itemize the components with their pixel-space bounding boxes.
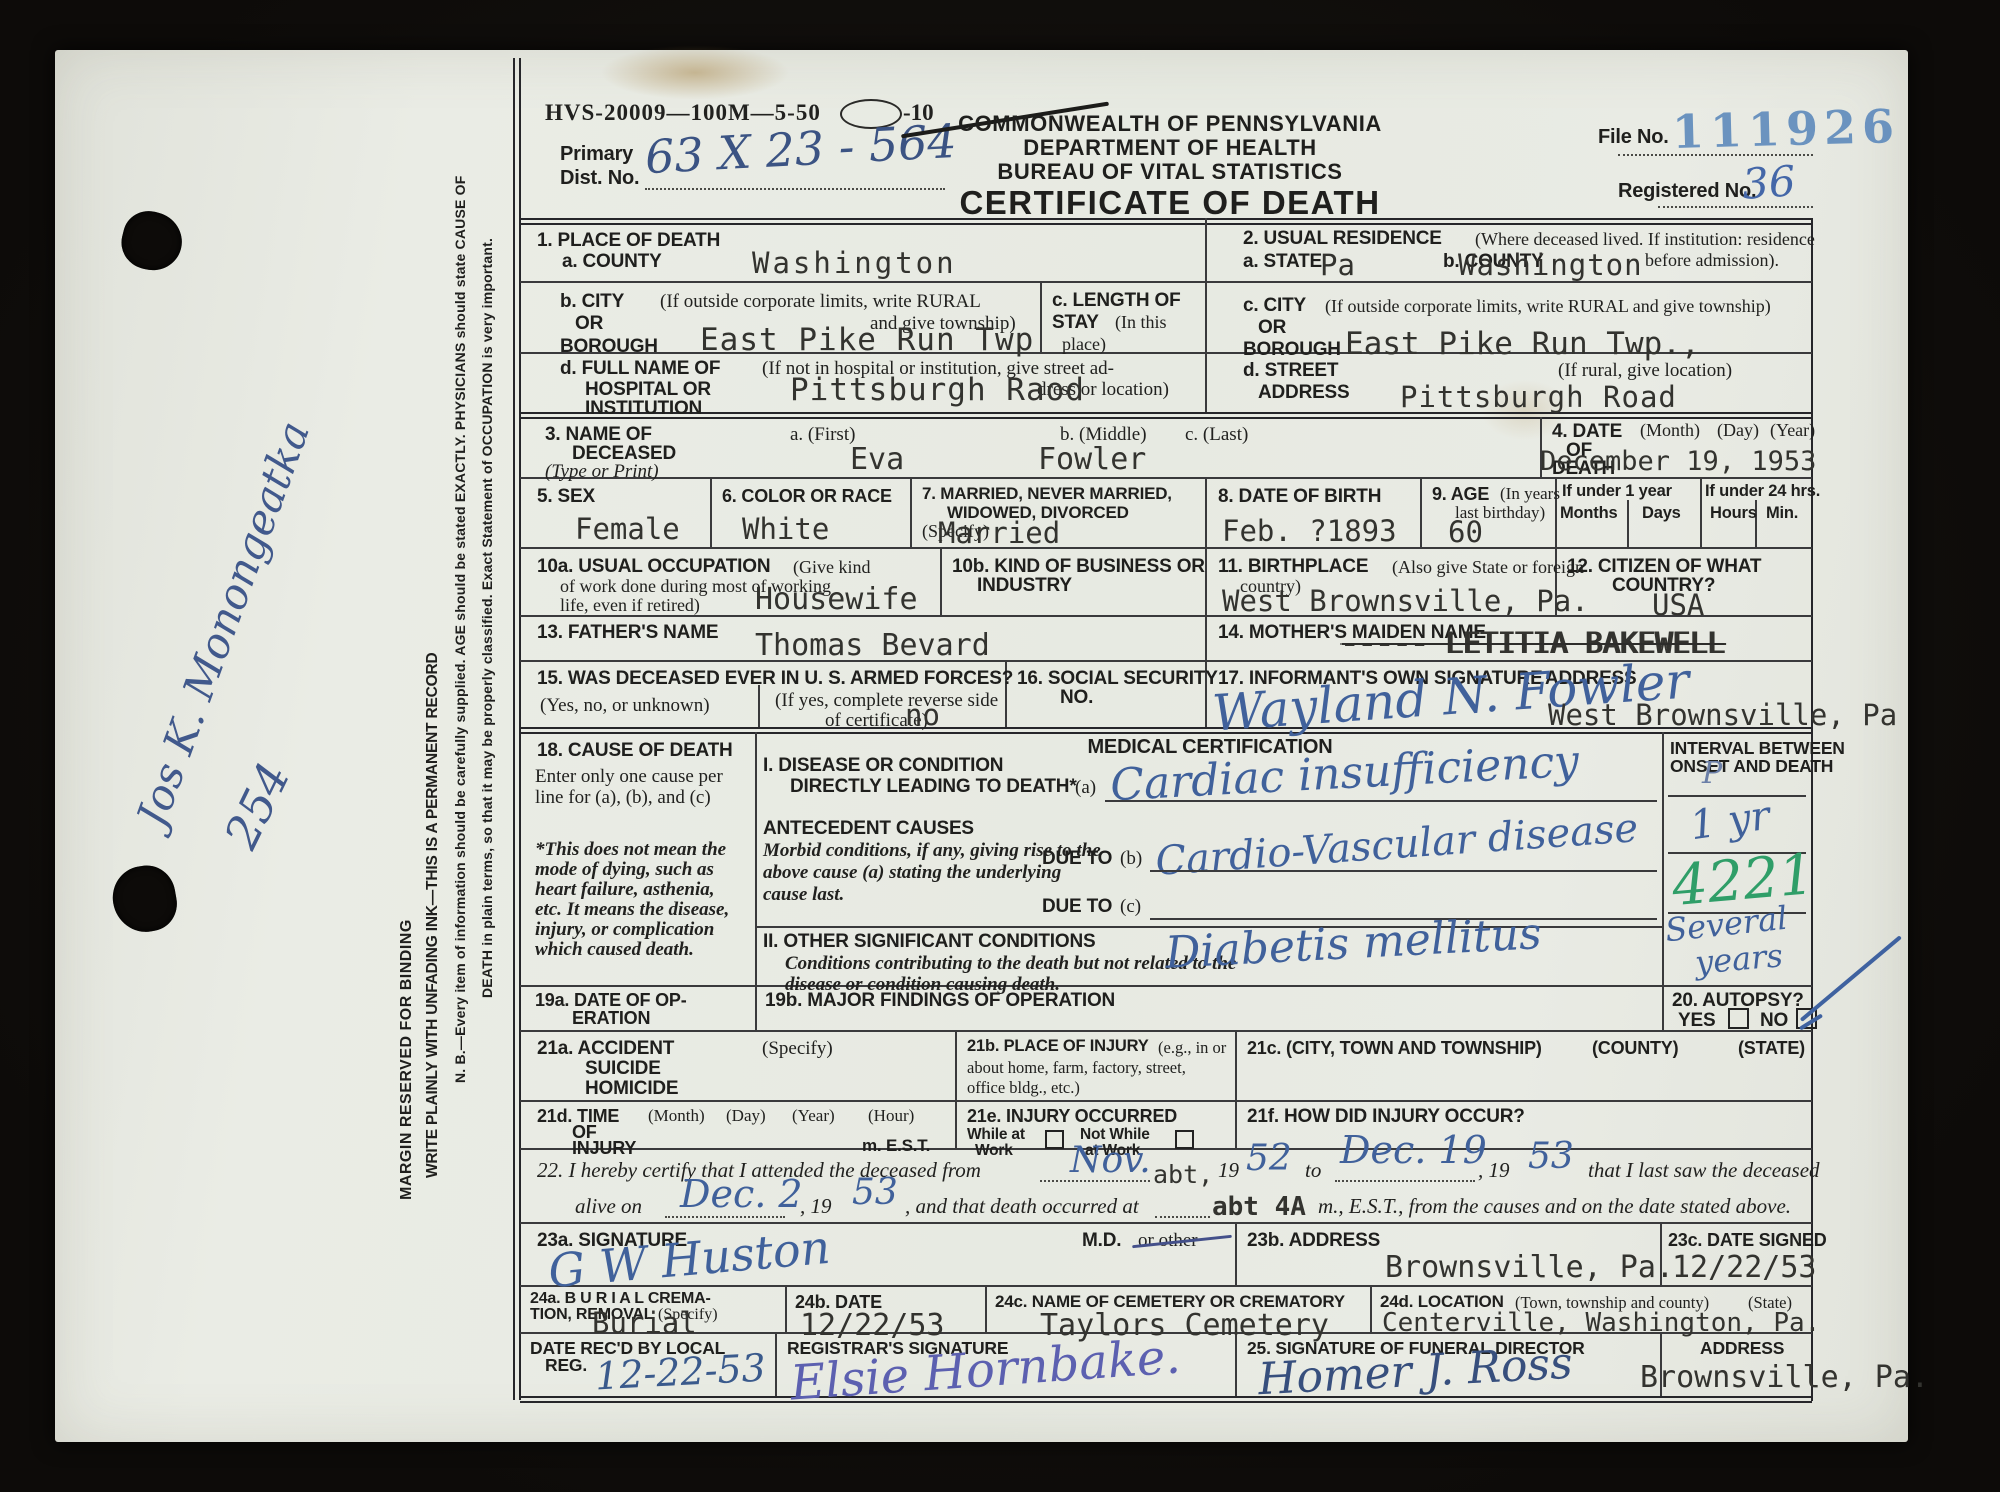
- autopsy-yes-checkbox: [1728, 1008, 1749, 1029]
- rule: [1040, 281, 1042, 352]
- birthplace-value: West Brownsville, Pa.: [1222, 584, 1589, 618]
- rule: [520, 1030, 1812, 1032]
- date-of-operation-label: ERATION: [572, 1008, 650, 1029]
- place-of-injury-note: about home, farm, factory, street,: [967, 1058, 1186, 1078]
- sex-value: Female: [575, 512, 680, 546]
- registered-no-value: 36: [1740, 156, 1797, 209]
- state-value: Pa: [1320, 248, 1355, 282]
- rule: [520, 1100, 1812, 1102]
- place-of-death-label: 1. PLACE OF DEATH: [537, 230, 720, 252]
- disease-label: DIRECTLY LEADING TO DEATH*: [790, 776, 1077, 798]
- file-no-stamp: 111926: [1671, 99, 1900, 159]
- birthplace-label: 11. BIRTHPLACE: [1218, 556, 1368, 578]
- interval-pencil-mark: P: [1702, 756, 1722, 791]
- rule: [710, 477, 712, 547]
- res-city-value: East Pike Run Twp.,: [1345, 326, 1700, 362]
- attended-to-year: 53: [1528, 1136, 1574, 1177]
- armed-forces-label: 15. WAS DECEASED EVER IN U. S. ARMED FOR…: [537, 668, 1013, 690]
- certify-text: that I last saw the deceased: [1588, 1158, 1820, 1183]
- paper-stain: [600, 45, 790, 100]
- date-of-death-value: December 19, 1953: [1540, 446, 1816, 477]
- department-line: DEPARTMENT OF HEALTH: [955, 136, 1385, 160]
- file-no-line: [1618, 152, 1813, 156]
- ssn-label: NO.: [1060, 687, 1093, 709]
- armed-forces-note: (Yes, no, or unknown): [540, 695, 710, 717]
- occupation-label: 10a. USUAL OCCUPATION: [537, 556, 770, 578]
- interval-label: ONSET AND DEATH: [1670, 756, 1833, 777]
- attended-from-value: Nov.: [1070, 1140, 1151, 1181]
- occupation-value: Housewife: [755, 582, 918, 617]
- primary-dist-label: Primary: [560, 143, 633, 166]
- last-seen-value: Dec. 2: [680, 1172, 803, 1216]
- certify-text: , 19: [1478, 1158, 1510, 1183]
- agency-header: COMMONWEALTH OF PENNSYLVANIA DEPARTMENT …: [955, 112, 1385, 184]
- blank-line: [1155, 1214, 1210, 1218]
- funeral-address-value: Brownsville, Pa.: [1640, 1360, 1929, 1395]
- city-note: (If outside corporate limits, write RURA…: [660, 291, 981, 313]
- street-label: ADDRESS: [1258, 382, 1350, 404]
- street-value: Pittsburgh Road: [1400, 380, 1677, 414]
- state-label: a. STATE: [1243, 251, 1322, 273]
- injury-state-label: (STATE): [1738, 1038, 1805, 1059]
- rule: [775, 1332, 777, 1396]
- autopsy-no-label: NO: [1760, 1010, 1788, 1032]
- rule: [520, 1396, 1812, 1398]
- race-value: White: [742, 512, 829, 546]
- place-of-injury-note: office bldg., etc.): [967, 1078, 1080, 1098]
- death-time-typed: abt 4A: [1212, 1192, 1306, 1222]
- binding-rule: [513, 58, 515, 1400]
- disease-label: I. DISEASE OR CONDITION: [763, 755, 1003, 777]
- funeral-address-label: ADDRESS: [1700, 1338, 1784, 1359]
- length-of-stay-label: c. LENGTH OF: [1052, 290, 1181, 312]
- city-value: East Pike Run Twp: [700, 322, 1034, 358]
- autopsy-yes-label: YES: [1678, 1010, 1715, 1032]
- res-city-note: (If outside corporate limits, write RURA…: [1325, 296, 1771, 317]
- physician-address-value: Brownsville, Pa.: [1385, 1250, 1674, 1285]
- est-label: m. E.S.T.: [862, 1136, 930, 1156]
- street-note: (If rural, give location): [1558, 360, 1732, 382]
- residence-note: before admission).: [1645, 250, 1779, 271]
- street-label: d. STREET: [1243, 360, 1338, 382]
- certify-text: alive on: [575, 1194, 642, 1219]
- rule: [520, 417, 1812, 419]
- injury-city-label: 21c. (CITY, TOWN AND TOWNSHIP): [1247, 1038, 1542, 1059]
- attended-from-typed: abt,: [1153, 1160, 1213, 1189]
- residence-note: (Where deceased lived. If institution: r…: [1475, 229, 1815, 250]
- date-recd-label: REG.: [545, 1355, 587, 1376]
- min-label: Min.: [1766, 504, 1798, 523]
- rule: [1662, 732, 1664, 1030]
- day-label: (Day): [1717, 420, 1759, 441]
- registered-no-line: [1658, 204, 1813, 208]
- homicide-label: HOMICIDE: [585, 1078, 678, 1100]
- first-name-label: a. (First): [790, 424, 855, 446]
- injury-occurred-label: 21e. INJURY OCCURRED: [967, 1106, 1177, 1127]
- margin-binding-note: MARGIN RESERVED FOR BINDING: [398, 755, 416, 1200]
- father-label: 13. FATHER'S NAME: [537, 622, 718, 644]
- margin-nb-note-1: N. B.—Every item of information should b…: [452, 118, 468, 1083]
- rule: [1150, 870, 1657, 872]
- injury-county-label: (COUNTY): [1592, 1038, 1678, 1059]
- father-value: Thomas Bevard: [755, 628, 990, 663]
- date-recd-value: 12-22-53: [594, 1346, 767, 1399]
- race-label: 6. COLOR OR RACE: [722, 486, 892, 507]
- antecedent-label: ANTECEDENT CAUSES: [763, 818, 974, 840]
- citizen-value: USA: [1652, 588, 1704, 622]
- not-while-at-work-checkbox: [1175, 1130, 1194, 1149]
- usual-residence-label: 2. USUAL RESIDENCE: [1243, 228, 1442, 250]
- bureau-line: BUREAU OF VITAL STATISTICS: [955, 160, 1385, 184]
- under-1-year-label: If under 1 year: [1562, 482, 1672, 501]
- registered-no-label: Registered No.: [1618, 180, 1756, 203]
- occupation-note: life, even if retired): [560, 595, 700, 616]
- attended-from-year: 52: [1246, 1138, 1292, 1179]
- other-conditions-label: II. OTHER SIGNIFICANT CONDITIONS: [763, 931, 1095, 953]
- armed-forces-value: no: [905, 698, 940, 732]
- birthplace-note: (Also give State or foreign: [1392, 557, 1584, 578]
- borough-label: BOROUGH: [560, 336, 658, 358]
- year-label: (Year): [792, 1106, 835, 1126]
- age-value: 60: [1448, 515, 1483, 549]
- commonwealth-line: COMMONWEALTH OF PENNSYLVANIA: [955, 112, 1385, 136]
- rule: [785, 1285, 787, 1332]
- hospital-label: d. FULL NAME OF: [560, 358, 720, 380]
- due-to-c-label: DUE TO: [1042, 896, 1112, 918]
- days-label: Days: [1642, 504, 1681, 523]
- rule: [520, 223, 1812, 225]
- rule: [1205, 218, 1207, 412]
- county-label: a. COUNTY: [562, 251, 662, 273]
- rule: [520, 1285, 1812, 1287]
- middle-name-value: Fowler: [1038, 442, 1146, 477]
- rule: [910, 477, 912, 547]
- hospital-value: Pittsburgh Raod: [790, 372, 1085, 408]
- age-note: (In years: [1500, 484, 1560, 504]
- res-city-label: c. CITY: [1243, 295, 1306, 317]
- certify-text: to: [1305, 1158, 1321, 1183]
- how-injury-label: 21f. HOW DID INJURY OCCUR?: [1247, 1106, 1525, 1128]
- hours-label: Hours: [1710, 504, 1757, 523]
- rule: [520, 1401, 1812, 1403]
- first-name-value: Eva: [850, 442, 904, 477]
- margin-plainly-note: WRITE PLAINLY WITH UNFADING INK—THIS IS …: [424, 368, 442, 1178]
- rule: [755, 732, 757, 1030]
- c-tag: (c): [1120, 896, 1141, 918]
- months-label: Months: [1560, 504, 1617, 523]
- cause-of-death-label: 18. CAUSE OF DEATH: [537, 740, 733, 762]
- rule: [940, 547, 942, 615]
- rule: [520, 732, 1812, 734]
- year-label: (Year): [1770, 420, 1815, 441]
- attended-to-value: Dec. 19: [1340, 1128, 1487, 1172]
- blank-line: [1335, 1178, 1475, 1182]
- rule: [1235, 1030, 1237, 1148]
- rule: [520, 1222, 1812, 1224]
- date-signed-value: 12/22/53: [1672, 1250, 1817, 1285]
- certify-text: , and that death occurred at: [905, 1194, 1139, 1219]
- length-of-stay-label: STAY: [1052, 312, 1099, 334]
- armed-forces-note: (If yes, complete reverse side: [775, 690, 998, 712]
- address-label: 23b. ADDRESS: [1247, 1230, 1380, 1252]
- sex-label: 5. SEX: [537, 486, 595, 508]
- marital-value: Married: [938, 516, 1060, 550]
- length-note: place): [1062, 334, 1106, 355]
- scan-background: MARGIN RESERVED FOR BINDING WRITE PLAINL…: [0, 0, 2000, 1492]
- last-seen-year: 53: [852, 1172, 898, 1213]
- location-value: Centerville, Washington, Pa.: [1382, 1308, 1820, 1338]
- cause-note: Enter only one cause per line for (a), (…: [535, 766, 740, 808]
- rule: [1235, 1222, 1237, 1285]
- county-value: Washington: [752, 246, 957, 280]
- burial-value: Burial: [592, 1306, 697, 1340]
- rule: [520, 1148, 1812, 1150]
- rule: [1420, 477, 1422, 547]
- major-findings-label: 19b. MAJOR FINDINGS OF OPERATION: [765, 990, 1115, 1012]
- suicide-label: SUICIDE: [585, 1058, 661, 1080]
- certify-text: m., E.S.T., from the causes and on the d…: [1318, 1194, 1791, 1219]
- margin-nb-note-2: DEATH in plain terms, so that it may be …: [479, 128, 495, 998]
- business-label: INDUSTRY: [977, 575, 1072, 597]
- occupation-note: (Give kind: [793, 557, 870, 578]
- rule: [520, 547, 1812, 549]
- while-at-work-checkbox: [1045, 1130, 1064, 1149]
- specify-note: (Specify): [762, 1038, 833, 1060]
- primary-dist-label: Dist. No.: [560, 167, 639, 190]
- city-label: b. CITY: [560, 291, 624, 313]
- res-county-value: Washington: [1458, 248, 1643, 282]
- rule: [1370, 1285, 1372, 1332]
- hour-label: (Hour): [868, 1106, 914, 1126]
- or-label: OR: [1258, 317, 1286, 339]
- binding-rule: [519, 58, 521, 1400]
- a-tag: (a): [1075, 777, 1096, 799]
- interval-c-value: years: [1694, 936, 1785, 982]
- or-label: OR: [575, 313, 603, 335]
- rule: [520, 477, 1812, 479]
- birth-date-value: Feb. ?1893: [1222, 514, 1397, 548]
- place-of-injury-label: 21b. PLACE OF INJURY: [967, 1037, 1149, 1056]
- rule: [955, 1030, 957, 1148]
- month-label: (Month): [1640, 420, 1700, 441]
- rule: [758, 685, 760, 727]
- cause-star-note: *This does not mean the mode of dying, s…: [535, 840, 740, 960]
- marital-label: 7. MARRIED, NEVER MARRIED,: [922, 484, 1172, 504]
- certify-text: 19: [1218, 1158, 1239, 1183]
- ssn-label: 16. SOCIAL SECURITY: [1017, 668, 1218, 690]
- hospital-label: INSTITUTION: [585, 398, 702, 420]
- birth-date-label: 8. DATE OF BIRTH: [1218, 486, 1381, 508]
- length-note: (In this: [1115, 312, 1167, 333]
- place-of-injury-note: (e.g., in or: [1158, 1038, 1226, 1058]
- rule: [520, 615, 1812, 617]
- under-24-hrs-label: If under 24 hrs.: [1705, 482, 1820, 501]
- borough-label: BOROUGH: [1243, 339, 1341, 361]
- month-label: (Month): [648, 1106, 705, 1126]
- rule: [1105, 800, 1657, 802]
- md-label: M.D.: [1082, 1230, 1121, 1252]
- age-label: 9. AGE: [1432, 484, 1489, 505]
- informant-address-value: West Brownsville, Pa: [1548, 698, 1897, 732]
- accident-label: 21a. ACCIDENT: [537, 1038, 674, 1060]
- last-name-label: c. (Last): [1185, 424, 1248, 446]
- date-signed-label: 23c. DATE SIGNED: [1668, 1230, 1827, 1251]
- file-no-label: File No.: [1598, 126, 1669, 149]
- b-tag: (b): [1120, 848, 1142, 870]
- rule: [1700, 477, 1702, 547]
- name-note: (Type or Print): [545, 461, 659, 483]
- primary-dist-line: [645, 186, 945, 190]
- certify-text: , 19: [800, 1194, 832, 1219]
- rule: [520, 218, 1812, 220]
- rule: [985, 1285, 987, 1332]
- rule: [1627, 500, 1629, 547]
- time-of-injury-label: INJURY: [572, 1138, 636, 1159]
- day-label: (Day): [726, 1106, 766, 1126]
- certificate-title: CERTIFICATE OF DEATH: [955, 184, 1385, 222]
